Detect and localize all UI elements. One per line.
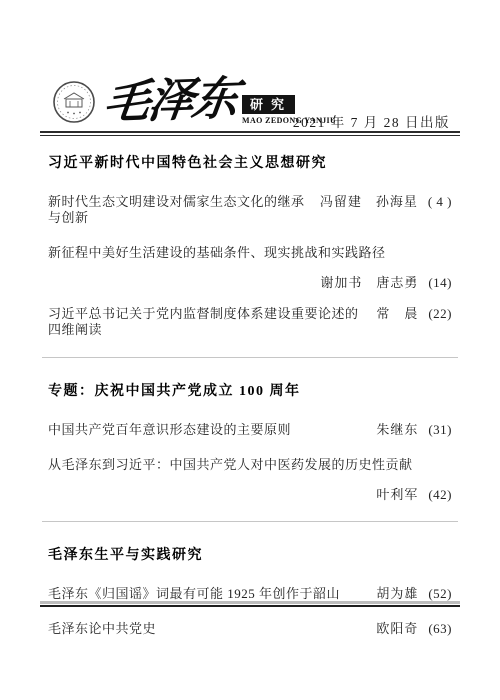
section-title: 习近平新时代中国特色社会主义思想研究: [48, 155, 452, 173]
article-title: 新时代生态文明建设对儒家生态文化的继承与创新: [48, 194, 308, 226]
publication-date: 2021 年 7 月 28 日出版: [293, 111, 450, 131]
article-page: (42): [428, 487, 452, 503]
masthead-calligraphy: 毛泽东: [101, 74, 240, 129]
article-authors: 朱继东: [376, 422, 418, 438]
article-authors-page: 冯留建 孙海星( 4 ): [320, 194, 452, 210]
article-row: 毛泽东论中共党史欧阳奇(63): [48, 621, 452, 637]
article-row: 习近平总书记关于党内监督制度体系建设重要论述的四维阐读常 晨(22): [48, 306, 452, 338]
article-page: (63): [428, 621, 452, 637]
article-page: (52): [428, 586, 452, 602]
section-divider: [42, 521, 458, 522]
article-page: (14): [428, 275, 452, 291]
article-authors-row: 谢加书 唐志勇(14): [48, 275, 452, 291]
article-page: (22): [428, 306, 452, 322]
article-title: 新征程中美好生活建设的基础条件、现实挑战和实践路径: [48, 245, 386, 260]
section-title: 毛泽东生平与实践研究: [48, 547, 452, 565]
toc: 习近平新时代中国特色社会主义思想研究新时代生态文明建设对儒家生态文化的继承与创新…: [48, 155, 452, 656]
section-divider: [42, 357, 458, 358]
article-authors-page: 朱继东(31): [376, 422, 452, 438]
article-title: 中国共产党百年意识形态建设的主要原则: [48, 422, 291, 438]
journal-seal-icon: [52, 80, 96, 124]
section-title: 专题：庆祝中国共产党成立 100 周年: [48, 383, 452, 401]
article-authors-page: 常 晨(22): [376, 306, 452, 322]
article-row: 新征程中美好生活建设的基础条件、现实挑战和实践路径: [48, 245, 452, 261]
article-authors: 冯留建 孙海星: [320, 194, 418, 210]
article-title: 从毛泽东到习近平：中国共产党人对中医药发展的历史性贡献: [48, 457, 413, 472]
article-title: 毛泽东论中共党史: [48, 621, 156, 637]
article-row: 新时代生态文明建设对儒家生态文化的继承与创新冯留建 孙海星( 4 ): [48, 194, 452, 226]
article-authors-page: 欧阳奇(63): [376, 621, 452, 637]
article-authors: 欧阳奇: [376, 621, 418, 637]
masthead-box: 研究: [242, 95, 295, 114]
article-row: 从毛泽东到习近平：中国共产党人对中医药发展的历史性贡献: [48, 457, 452, 473]
article-authors: 常 晨: [376, 306, 418, 322]
journal-toc-page: 毛泽东 研究 MAO ZEDONG YANJIU 2021 年 7 月 28 日…: [0, 0, 500, 700]
article-authors: 叶利军: [376, 487, 418, 503]
article-row: 毛泽东《归国谣》词最有可能 1925 年创作于韶山胡为雄(52): [48, 586, 452, 602]
article-title: 毛泽东《归国谣》词最有可能 1925 年创作于韶山: [48, 586, 340, 602]
article-page: (31): [428, 422, 452, 438]
article-authors-row: 叶利军(42): [48, 487, 452, 503]
article-title: 习近平总书记关于党内监督制度体系建设重要论述的四维阐读: [48, 306, 364, 338]
article-authors-page: 胡为雄(52): [376, 586, 452, 602]
article-authors: 谢加书 唐志勇: [320, 275, 418, 291]
article-row: 中国共产党百年意识形态建设的主要原则朱继东(31): [48, 422, 452, 438]
header-double-rule: [40, 131, 460, 136]
bottom-double-rule: [40, 601, 460, 607]
article-page: ( 4 ): [428, 194, 452, 210]
article-authors: 胡为雄: [376, 586, 418, 602]
